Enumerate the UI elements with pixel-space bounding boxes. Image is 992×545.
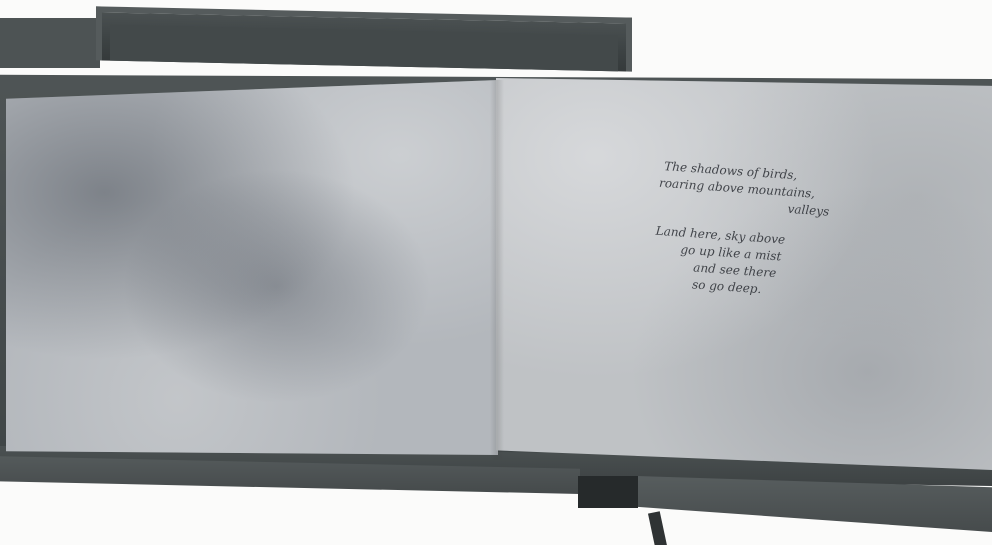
box-tray-inner <box>110 25 618 72</box>
book-gutter <box>490 80 504 460</box>
ribbon-bookmark <box>648 511 668 545</box>
artist-book-photo: The shadows of birds, roaring above moun… <box>0 0 992 545</box>
spine-gap <box>578 476 638 508</box>
left-page-marbled <box>6 80 498 455</box>
box-tray <box>96 6 632 71</box>
handwritten-poem: The shadows of birds, roaring above moun… <box>652 158 871 305</box>
box-side-board <box>0 18 100 68</box>
